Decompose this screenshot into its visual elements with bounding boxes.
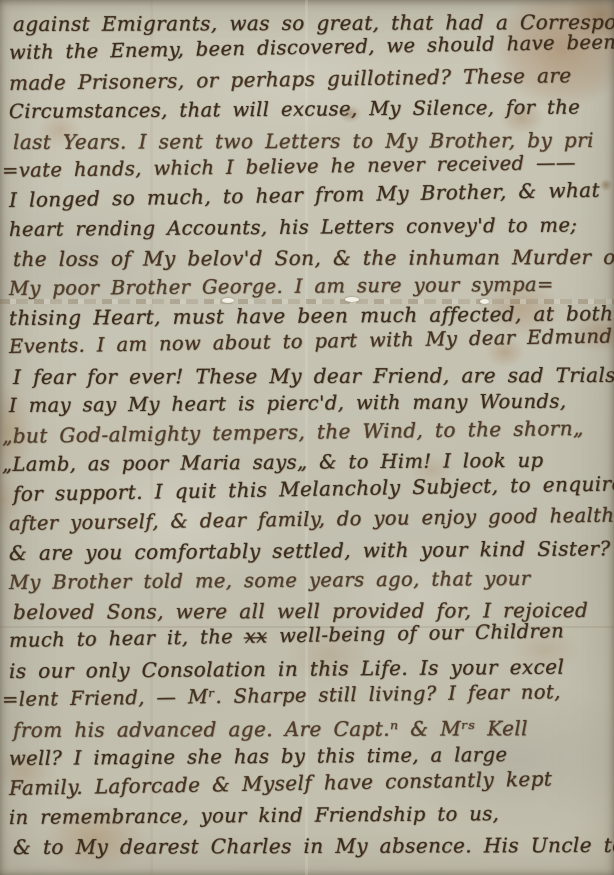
letter-line: is our only Consolation in this Life. Is… [9, 655, 564, 683]
letter-line: =vate hands, which I believe he never re… [2, 151, 576, 183]
crease-tear-speck [480, 299, 489, 304]
letter-page: against Emigrants, was so great, that ha… [0, 0, 614, 875]
letter-line: much to hear it, the x̶x̶ well-being of … [9, 619, 565, 653]
letter-line: Events. I am now about to part with My d… [9, 324, 613, 359]
letter-line: I longed so much, to hear from My Brothe… [9, 178, 600, 212]
crease-tear-speck [345, 297, 359, 302]
letter-line: My poor Brother George. I am sure your s… [9, 273, 554, 301]
letter-line: I may say My heart is pierc'd, with many… [9, 390, 567, 418]
letter-line: & are you comfortably settled, with your… [9, 536, 611, 565]
letter-line: Circumstances, that will excuse, My Sile… [9, 96, 580, 124]
letter-line: My Brother told me, some years ago, that… [9, 567, 531, 595]
letter-line: „Lamb, as poor Maria says„ & to Him! I l… [2, 449, 544, 477]
horizontal-fold-crease [0, 299, 614, 304]
letter-line: last Years. I sent two Letters to My Bro… [13, 128, 594, 154]
handwritten-text: against Emigrants, was so great, that ha… [0, 0, 614, 875]
letter-line: the loss of My belov'd Son, & the inhuma… [13, 245, 614, 271]
letter-line: „but God-almighty tempers, the Wind, to … [2, 416, 584, 448]
letter-line: from his advanced age. Are Capt.ⁿ & Mʳˢ … [13, 716, 528, 742]
letter-line: after yourself, & dear family, do you en… [9, 504, 614, 536]
letter-line: I fear for ever! These My dear Friend, a… [13, 363, 614, 389]
letter-line: in remembrance, your kind Friendship to … [9, 802, 499, 830]
letter-line: =lent Friend, — Mʳ. Sharpe still living?… [2, 680, 561, 712]
letter-line: made Prisoners, or perhaps guillotined? … [9, 63, 572, 95]
letter-line: heart rending Accounts, his Letters conv… [9, 214, 577, 242]
letter-line: & to My dearest Charles in My absence. H… [13, 833, 614, 859]
letter-line: for support. I quit this Melancholy Subj… [13, 471, 614, 506]
letter-line: Family. Laforcade & Myself have constant… [9, 767, 553, 800]
horizontal-fold-crease-faint [0, 626, 614, 628]
crease-tear-speck [222, 298, 234, 303]
letter-line: well? I imagine she has by this time, a … [9, 743, 508, 771]
